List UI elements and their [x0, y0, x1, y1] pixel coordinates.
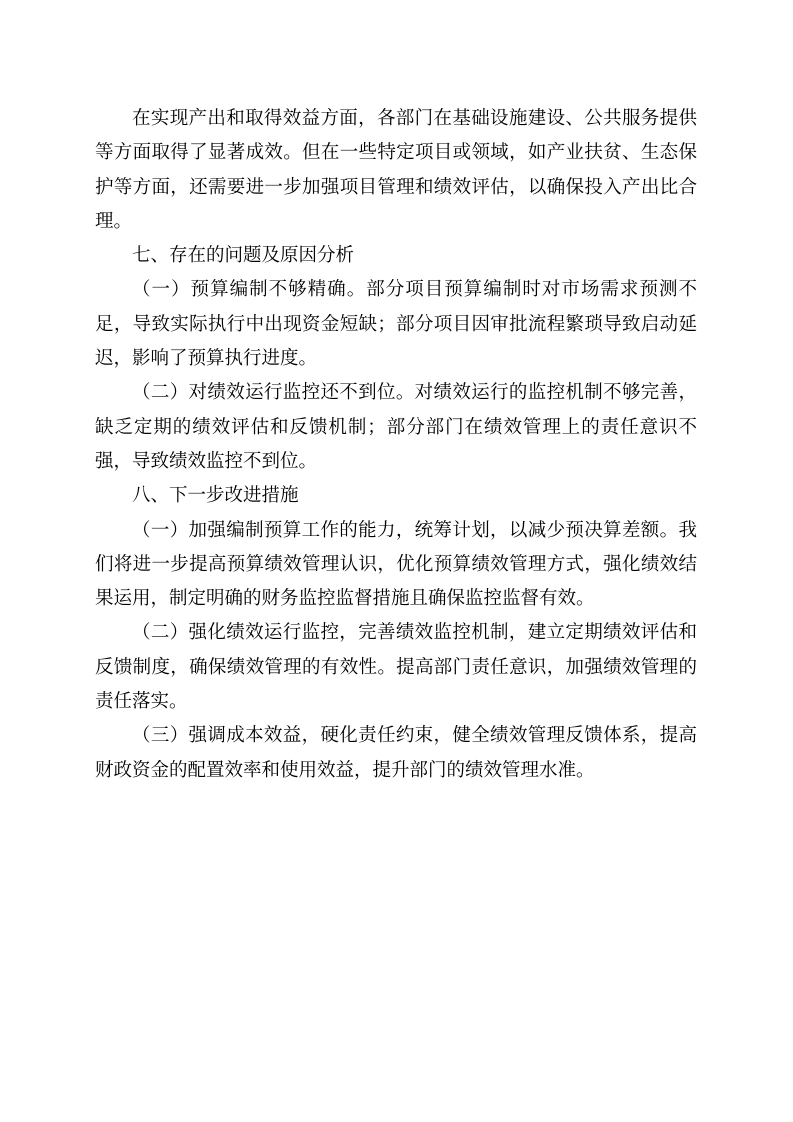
body-paragraph-strengthen-monitoring: （二）强化绩效运行监控，完善绩效监控机制，建立定期绩效评估和反馈制度，确保绩效管… [95, 616, 697, 719]
body-paragraph-outputs-benefits: 在实现产出和取得效益方面，各部门在基础设施建设、公共服务提供等方面取得了显著成效… [95, 102, 697, 239]
document-page: 在实现产出和取得效益方面，各部门在基础设施建设、公共服务提供等方面取得了显著成效… [0, 0, 793, 1122]
section-heading-8-improvement-measures: 八、下一步改进措施 [95, 479, 697, 513]
document-body: 在实现产出和取得效益方面，各部门在基础设施建设、公共服务提供等方面取得了显著成效… [95, 102, 697, 788]
body-paragraph-budget-accuracy: （一）预算编制不够精确。部分项目预算编制时对市场需求预测不足，导致实际执行中出现… [95, 273, 697, 376]
body-paragraph-cost-benefit: （三）强调成本效益，硬化责任约束，健全绩效管理反馈体系，提高财政资金的配置效率和… [95, 719, 697, 788]
section-heading-7-problems-analysis: 七、存在的问题及原因分析 [95, 239, 697, 273]
body-paragraph-strengthen-budgeting: （一）加强编制预算工作的能力，统筹计划，以减少预决算差额。我们将进一步提高预算绩… [95, 514, 697, 617]
body-paragraph-monitoring-gaps: （二）对绩效运行监控还不到位。对绩效运行的监控机制不够完善，缺乏定期的绩效评估和… [95, 376, 697, 479]
